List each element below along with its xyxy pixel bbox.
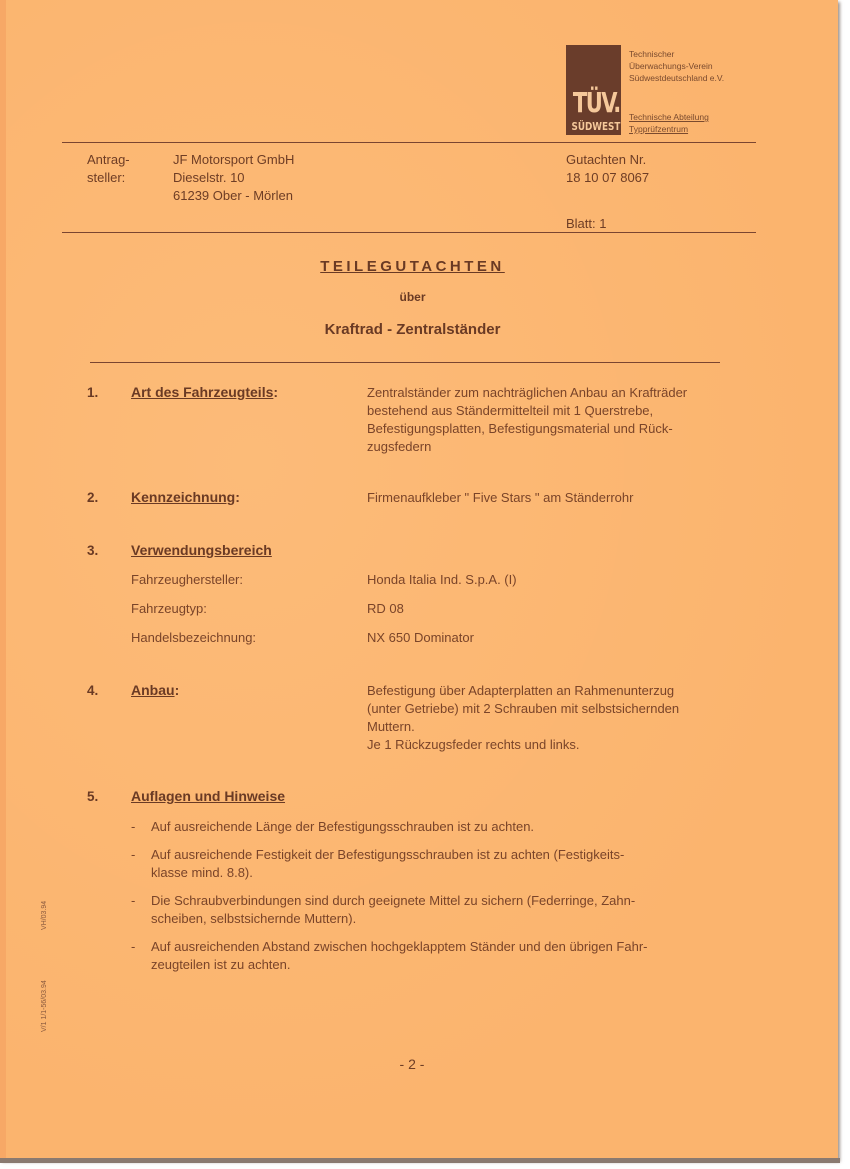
note-3-line-2: scheiben, selbstsichernde Muttern). <box>151 910 721 928</box>
section-5-number: 5. <box>87 789 98 804</box>
section-4-title-text: Anbau <box>131 682 175 698</box>
section-1-title: Art des Fahrzeugteils: <box>131 384 278 400</box>
org-line-2: Überwachungs-Verein <box>629 60 713 72</box>
note-4-line-1: Auf ausreichenden Abstand zwischen hochg… <box>151 938 721 956</box>
document-subject: Kraftrad - Zentralständer <box>250 321 575 338</box>
title-connector: über <box>300 290 525 304</box>
note-1-line-1: Auf ausreichende Länge der Befestigungss… <box>151 818 721 836</box>
side-code-1: VH/03.94 <box>41 901 48 930</box>
section-1-line-3: Befestigungsplatten, Befestigungsmateria… <box>367 420 673 438</box>
report-number: 18 10 07 8067 <box>566 169 649 187</box>
page-left-edge <box>0 0 6 1160</box>
applicant-city: 61239 Ober - Mörlen <box>173 187 293 205</box>
section-1-line-4: zugsfedern <box>367 438 431 456</box>
field-label-vehicle-type: Fahrzeugtyp: <box>131 600 207 618</box>
section-4-line-4: Je 1 Rückzugsfeder rechts und links. <box>367 736 579 754</box>
document-page: TÜV. SÜDWEST Technischer Überwachungs-Ve… <box>0 0 838 1160</box>
section-4-line-2: (unter Getriebe) mit 2 Schrauben mit sel… <box>367 700 679 718</box>
applicant-name: JF Motorsport GmbH <box>173 151 294 169</box>
section-1-number: 1. <box>87 385 98 400</box>
tuv-logo: TÜV. SÜDWEST <box>566 45 621 135</box>
document-title: TEILEGUTACHTEN <box>300 258 525 275</box>
note-dash: - <box>131 846 135 864</box>
section-1-title-text: Art des Fahrzeugteils <box>131 384 273 400</box>
note-4-line-2: zeugteilen ist zu achten. <box>151 956 721 974</box>
page-bottom-edge <box>0 1158 840 1163</box>
dept-line-2: Typprüfzentrum <box>629 123 688 135</box>
note-3-line-1: Die Schraubverbindungen sind durch geeig… <box>151 892 721 910</box>
field-value-trade-name: NX 650 Dominator <box>367 629 474 647</box>
logo-region: SÜDWEST <box>572 121 616 133</box>
sheet-number: Blatt: 1 <box>566 215 606 233</box>
note-2-line-2: klasse mind. 8.8). <box>151 864 721 882</box>
section-1-title-suffix: : <box>273 384 278 400</box>
title-rule <box>90 362 720 363</box>
section-2-line-1: Firmenaufkleber " Five Stars " am Stände… <box>367 489 633 507</box>
section-5-title-text: Auflagen und Hinweise <box>131 788 285 804</box>
header-rule-top <box>62 142 756 143</box>
section-2-title-suffix: : <box>235 489 240 505</box>
applicant-label-2: steller: <box>87 169 125 187</box>
logo-mark: TÜV. <box>573 89 614 117</box>
section-4-line-1: Befestigung über Adapterplatten an Rahme… <box>367 682 674 700</box>
side-code-2: V/1 1/1-56/03.94 <box>41 980 48 1032</box>
section-3-number: 3. <box>87 543 98 558</box>
field-label-trade-name: Handelsbezeichnung: <box>131 629 256 647</box>
section-1-line-2: bestehend aus Ständermittelteil mit 1 Qu… <box>367 402 653 420</box>
section-4-title: Anbau: <box>131 682 179 698</box>
org-line-1: Technischer <box>629 48 674 60</box>
section-5-title: Auflagen und Hinweise <box>131 788 285 804</box>
section-2-number: 2. <box>87 490 98 505</box>
field-value-vehicle-type: RD 08 <box>367 600 404 618</box>
field-value-manufacturer: Honda Italia Ind. S.p.A. (I) <box>367 571 517 589</box>
note-2-line-1: Auf ausreichende Festigkeit der Befestig… <box>151 846 721 864</box>
applicant-label-1: Antrag- <box>87 151 130 169</box>
note-dash: - <box>131 818 135 836</box>
field-label-manufacturer: Fahrzeughersteller: <box>131 571 243 589</box>
dept-line-1: Technische Abteilung <box>629 111 709 123</box>
section-1-line-1: Zentralständer zum nachträglichen Anbau … <box>367 384 687 402</box>
page-number: - 2 - <box>380 1056 444 1072</box>
section-4-title-suffix: : <box>175 682 180 698</box>
header-rule-bottom <box>62 232 756 233</box>
section-3-title: Verwendungsbereich <box>131 542 272 558</box>
applicant-street: Dieselstr. 10 <box>173 169 245 187</box>
note-dash: - <box>131 938 135 956</box>
note-dash: - <box>131 892 135 910</box>
section-4-line-3: Muttern. <box>367 718 415 736</box>
report-label: Gutachten Nr. <box>566 151 646 169</box>
section-3-title-text: Verwendungsbereich <box>131 542 272 558</box>
org-line-3: Südwestdeutschland e.V. <box>629 72 724 84</box>
section-2-title-text: Kennzeichnung <box>131 489 235 505</box>
section-4-number: 4. <box>87 683 98 698</box>
section-2-title: Kennzeichnung: <box>131 489 240 505</box>
